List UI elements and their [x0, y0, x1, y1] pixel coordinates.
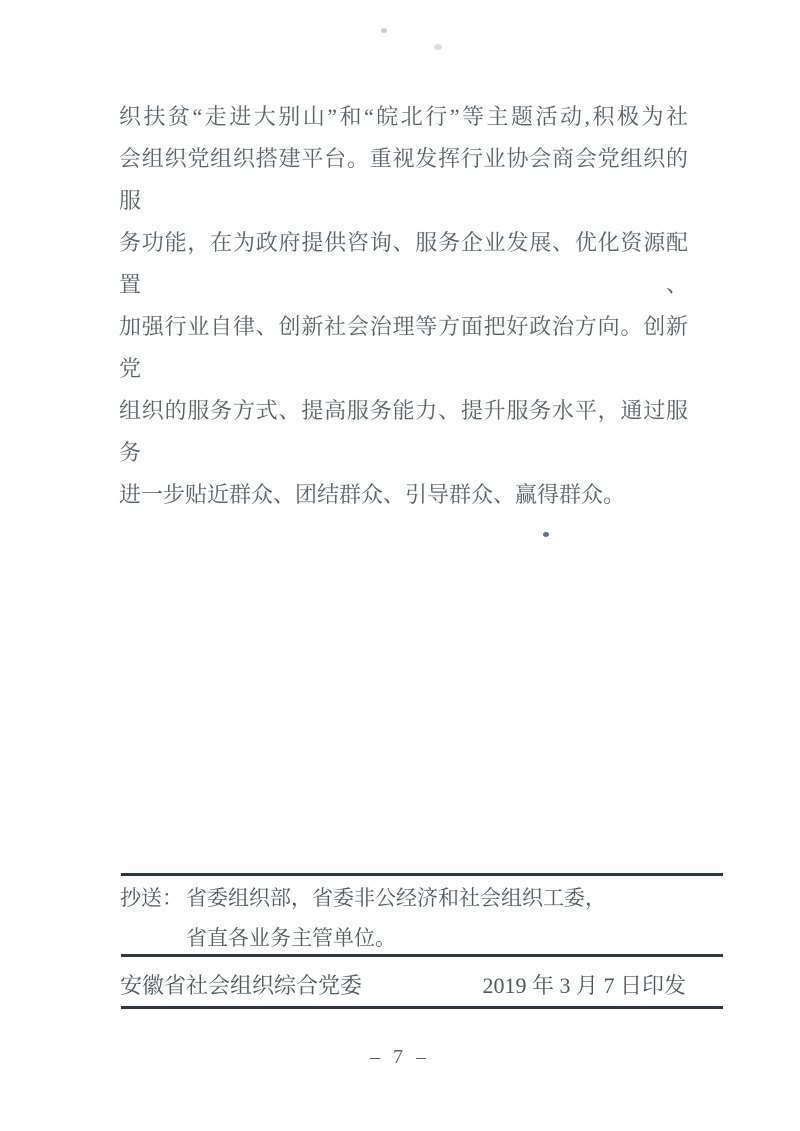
body-line: 加强行业自律、创新社会治理等方面把好政治方向。创新党 [119, 306, 688, 390]
body-paragraph: 织扶贫“走进大别山”和“皖北行”等主题活动,积极为社 会组织党组织搭建平台。重视… [119, 96, 688, 516]
cc-line-1: 省委组织部，省委非公经济和社会组织工委， [186, 878, 700, 918]
divider-bottom [121, 1006, 723, 1009]
scan-speck [381, 28, 387, 33]
issuer-row: 安徽省社会组织综合党委 2019 年 3 月 7 日印发 [120, 972, 686, 1000]
body-line: 织扶贫“走进大别山”和“皖北行”等主题活动,积极为社 [119, 96, 688, 138]
body-line: 务功能，在为政府提供咨询、服务企业发展、优化资源配置、 [119, 222, 688, 306]
divider-middle [121, 954, 723, 957]
print-date: 2019 年 3 月 7 日印发 [482, 972, 686, 1000]
divider-top [121, 873, 723, 876]
body-line: 会组织党组织搭建平台。重视发挥行业协会商会党组织的服 [119, 138, 688, 222]
page-number: – 7 – [0, 1046, 800, 1069]
issuer-name: 安徽省社会组织综合党委 [120, 972, 362, 1000]
body-line: 进一步贴近群众、团结群众、引导群众、赢得群众。 [119, 474, 688, 516]
scan-speck [434, 44, 442, 50]
scan-speck [543, 532, 549, 537]
cc-label: 抄送： [120, 878, 186, 918]
document-page: 织扶贫“走进大别山”和“皖北行”等主题活动,积极为社 会组织党组织搭建平台。重视… [0, 0, 800, 1131]
cc-line-2: 省直各业务主管单位。 [186, 918, 700, 958]
cc-section: 抄送： 省委组织部，省委非公经济和社会组织工委， 省直各业务主管单位。 [120, 878, 700, 958]
body-line: 组织的服务方式、提高服务能力、提升服务水平，通过服务 [119, 390, 688, 474]
cc-recipients: 省委组织部，省委非公经济和社会组织工委， 省直各业务主管单位。 [186, 878, 700, 958]
